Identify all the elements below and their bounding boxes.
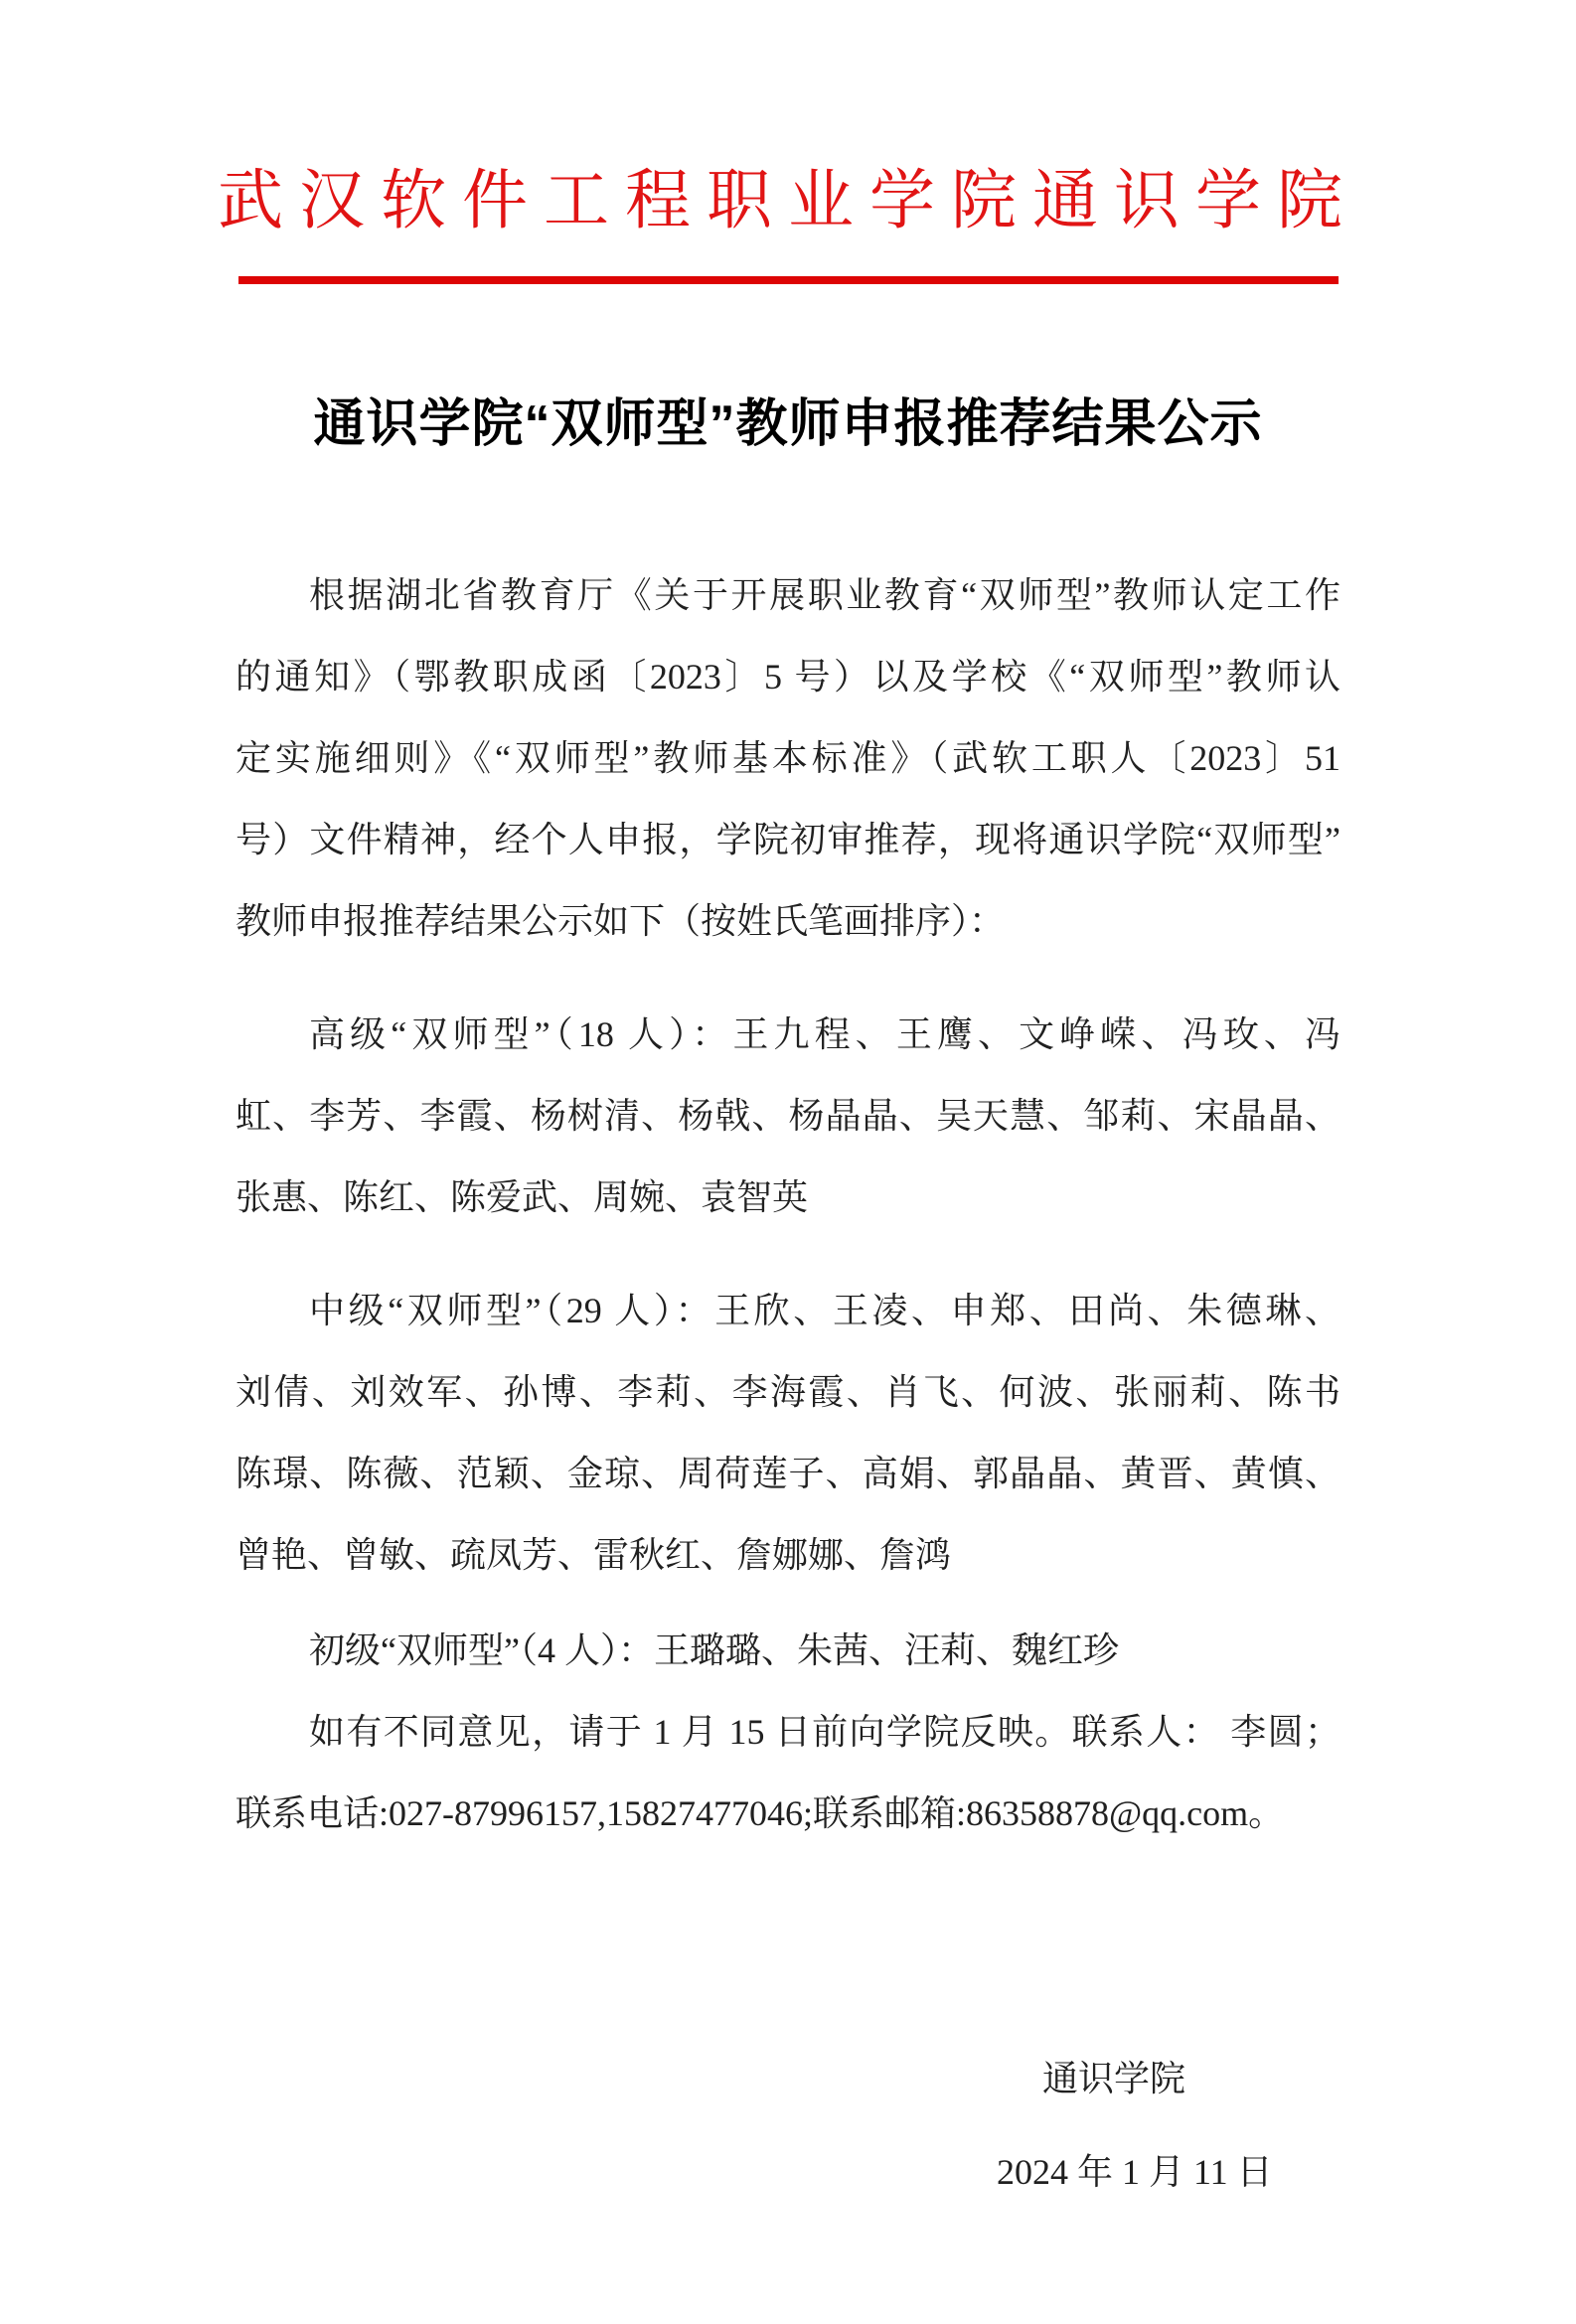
paragraph-line: 联系电话:027-87996157,15827477046;联系邮箱:86358… <box>236 1773 1340 1854</box>
paragraph-line: 高级“双师型”（18 人）：王九程、王鹰、文峥嵘、冯玫、冯 <box>236 994 1340 1075</box>
paragraph-line: 的通知》（鄂教职成函〔2023〕5 号）以及学校《“双师型”教师认 <box>236 636 1340 717</box>
paragraph-line: 根据湖北省教育厅《关于开展职业教育“双师型”教师认定工作 <box>236 554 1340 636</box>
paragraph-line: 张惠、陈红、陈爱武、周婉、袁智英 <box>236 1157 1340 1238</box>
paragraph-line: 虹、李芳、李霞、杨树清、杨戟、杨晶晶、吴天慧、邹莉、宋晶晶、 <box>236 1075 1340 1157</box>
paragraph-line: 初级“双师型”（4 人）：王璐璐、朱茜、汪莉、魏红珍 <box>236 1610 1340 1691</box>
paragraph-intermediate-list: 中级“双师型”（29 人）：王欣、王凌、申郑、田尚、朱德琳、刘倩、刘效军、孙博、… <box>236 1270 1340 1596</box>
paragraph-intro: 根据湖北省教育厅《关于开展职业教育“双师型”教师认定工作的通知》（鄂教职成函〔2… <box>236 554 1340 962</box>
letterhead-org-name: 武汉软件工程职业学院通识学院 <box>0 147 1576 241</box>
paragraph-line: 中级“双师型”（29 人）：王欣、王凌、申郑、田尚、朱德琳、 <box>236 1270 1340 1351</box>
paragraph-line: 刘倩、刘效军、孙博、李莉、李海霞、肖飞、何波、张丽莉、陈书芳、 <box>236 1351 1340 1433</box>
document-title: 通识学院“双师型”教师申报推荐结果公示 <box>0 382 1576 456</box>
paragraph-contact: 如有不同意见，请于 1 月 15 日前向学院反映。联系人： 李圆；联系电话:02… <box>236 1691 1340 1854</box>
paragraph-line: 号）文件精神，经个人申报，学院初审推荐，现将通识学院“双师型” <box>236 799 1340 880</box>
paragraph-senior-list: 高级“双师型”（18 人）：王九程、王鹰、文峥嵘、冯玫、冯虹、李芳、李霞、杨树清… <box>236 994 1340 1238</box>
document-page: 武汉软件工程职业学院通识学院 通识学院“双师型”教师申报推荐结果公示 根据湖北省… <box>0 0 1576 2324</box>
document-body: 根据湖北省教育厅《关于开展职业教育“双师型”教师认定工作的通知》（鄂教职成函〔2… <box>236 554 1340 1854</box>
paragraph-line: 教师申报推荐结果公示如下（按姓氏笔画排序）： <box>236 880 1340 962</box>
paragraph-junior-list: 初级“双师型”（4 人）：王璐璐、朱茜、汪莉、魏红珍 <box>236 1610 1340 1691</box>
signature-org: 通识学院 <box>1042 2051 1185 2101</box>
paragraph-line: 定实施细则》《“双师型”教师基本标准》（武软工职人〔2023〕51 <box>236 717 1340 799</box>
paragraph-line: 如有不同意见，请于 1 月 15 日前向学院反映。联系人： 李圆； <box>236 1691 1340 1773</box>
red-divider-line <box>238 276 1339 284</box>
paragraph-line: 曾艳、曾敏、疏凤芳、雷秋红、詹娜娜、詹鸿 <box>236 1514 1340 1596</box>
paragraph-line: 陈璟、陈薇、范颖、金琼、周荷莲子、高娟、郭晶晶、黄晋、黄慎、 <box>236 1433 1340 1514</box>
signature-date: 2024 年 1 月 11 日 <box>997 2144 1273 2195</box>
